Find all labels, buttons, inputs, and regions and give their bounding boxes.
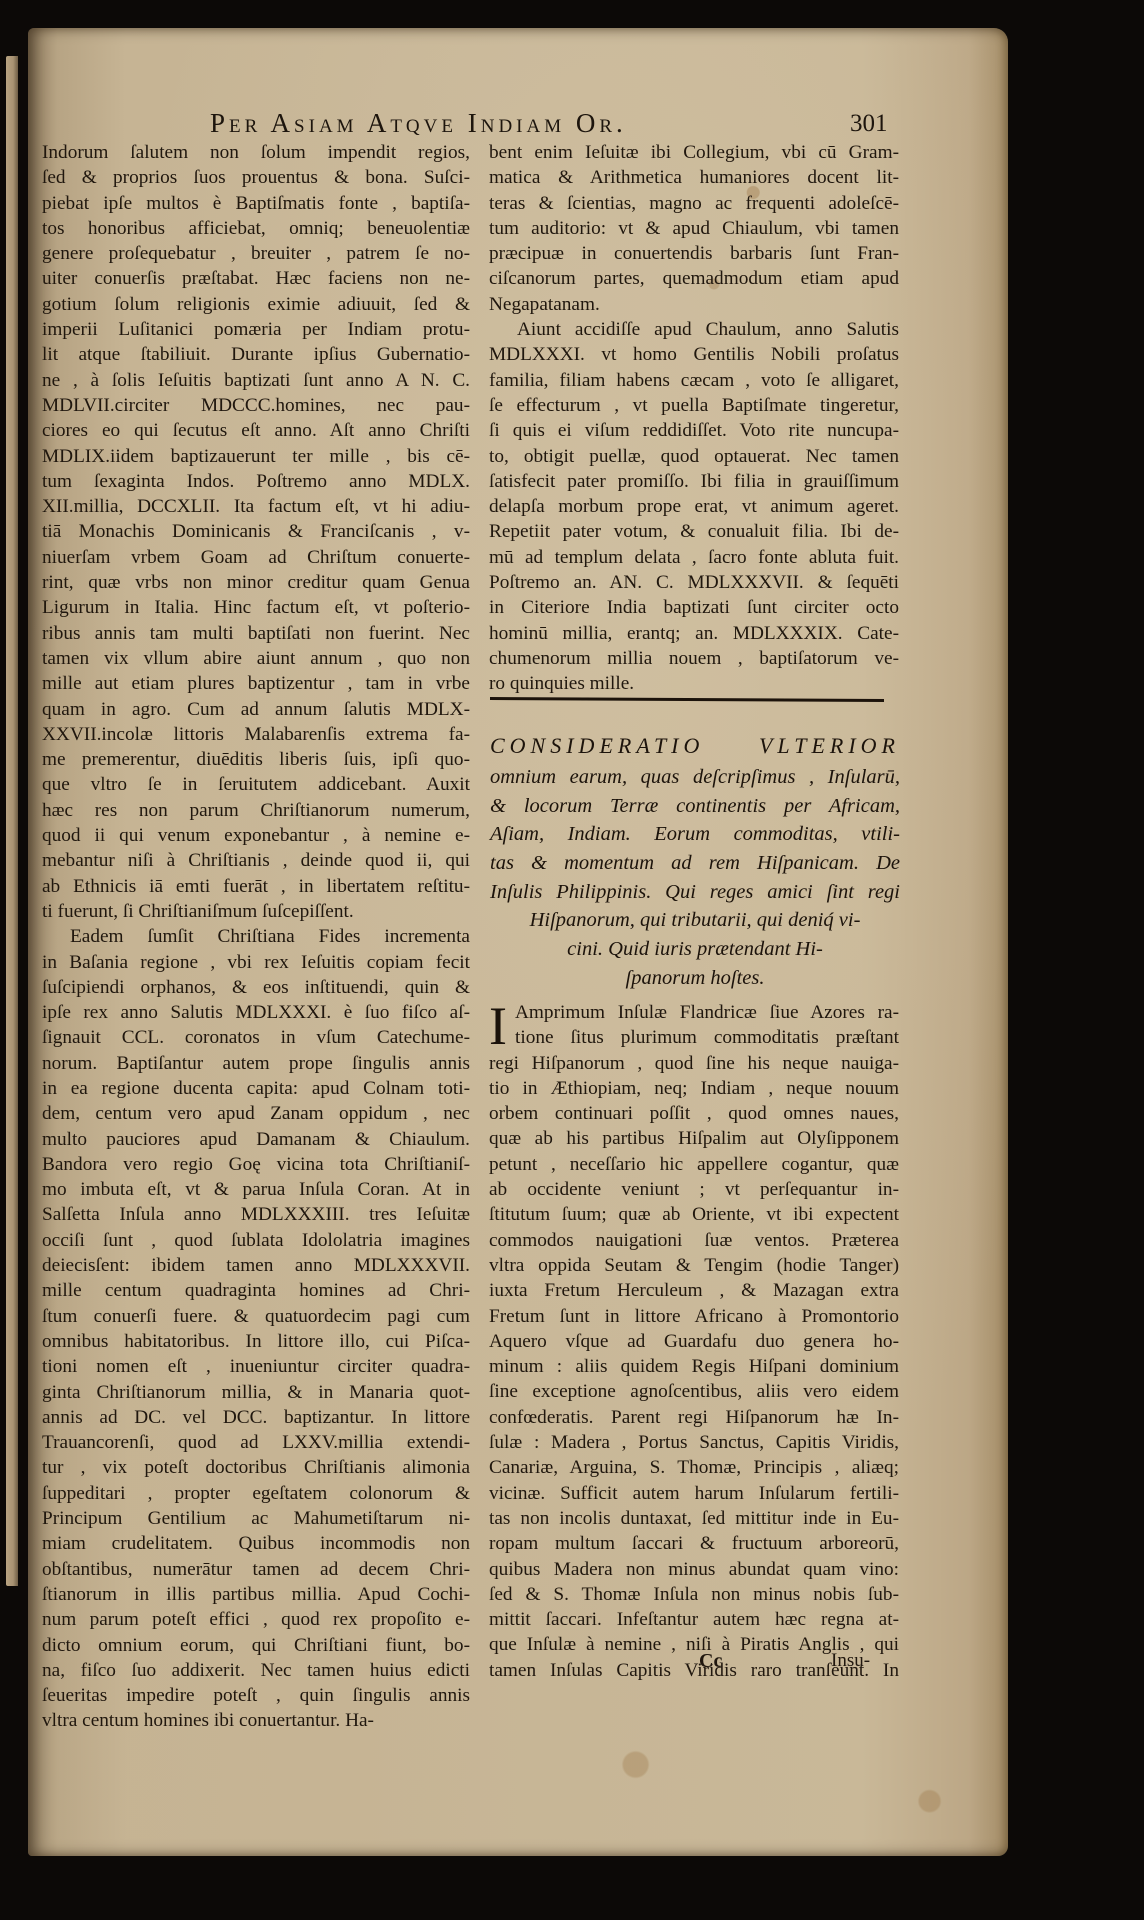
printer-signature-mark: Cc [699,1650,722,1673]
text-line: annis ad DC. vel DCC. baptizantur. In li… [42,1405,470,1430]
text-line: vltra oppida Seutam & Tengim (hodie Tang… [489,1253,899,1278]
section-heading-lines: omnium earum, quas deſcripſimus , Inſula… [490,763,900,993]
text-line: delapſa morbum prope erat, vt animum age… [489,494,899,519]
text-line: Indorum ſalutem non ſolum impendit regio… [42,140,470,165]
text-line: Aquero vſque ad Guardafu duo genera ho- [489,1329,899,1354]
text-line: ſatisfecit pater promiſſo. Ibi filia in … [489,469,899,494]
text-line: Aiunt accidiſſe apud Chaulum, anno Salut… [489,317,899,342]
text-line: MDLIX.iidem baptizauerunt ter mille , bi… [42,444,470,469]
text-line: mille centum quadraginta homines ad Chri… [42,1278,470,1303]
text-line: ſi quis ei viſum reddidiſſet. Voto rite … [489,418,899,443]
text-line: in ea regione ducenta capita: apud Colna… [42,1076,470,1101]
text-line: ſuppeditari , propter egeſtatem colonoru… [42,1481,470,1506]
text-line: me premerentur, diuēditis liberis ſuis, … [42,747,470,772]
right-column: bent enim Ieſuitæ ibi Collegium, vbi cū … [489,140,899,697]
heading-line: ſpanorum hoſtes. [490,964,900,993]
text-line: multo pauciores apud Damanam & Chiaulum. [42,1127,470,1152]
text-line: Salſetta Inſula anno MDLXXXIII. tres Ieſ… [42,1202,470,1227]
text-line: ſed & proprios ſuos prouentus & bona. Su… [42,165,470,190]
text-line: ab occidente veniunt ; vt perſequantur i… [489,1177,899,1202]
text-line: in Baſania regione , vbi rex Ieſuitis co… [42,950,470,975]
text-line: præcipuæ in conuertendis barbaris ſunt F… [489,241,899,266]
heading-line: Inſulis Philippinis. Qui reges amici ſin… [490,878,900,907]
text-line: dem, centum vero apud Zanam oppidum , ne… [42,1101,470,1126]
left-column: Indorum ſalutem non ſolum impendit regio… [42,140,470,1734]
text-line: Canariæ, Arguina, S. Thomæ, Principis , … [489,1455,899,1480]
text-line: Repetiit pater votum, & conualuit filia.… [489,519,899,544]
page-number: 301 [850,110,888,138]
text-line: XII.millia, DCCXLII. Ita factum eſt, vt … [42,494,470,519]
text-line: commodos nauigationi ſuæ ventos. Prætere… [489,1228,899,1253]
text-line: quibus Madera non minus abundat quam vin… [489,1557,899,1582]
text-line: ne , à ſolis Ieſuitis baptizati ſunt ann… [42,368,470,393]
text-line: ſeueritas impedire poteſt , quin ſinguli… [42,1683,470,1708]
text-line: hæc res non parum Chriſtianorum numerum, [42,798,470,823]
heading-line: Hiſpanorum, qui tributarii, qui deniq́ v… [490,906,900,935]
text-line: MDLXXXI. vt homo Gentilis Nobili proſatu… [489,342,899,367]
text-line: piebat ipſe multos è Baptiſmatis fonte ,… [42,191,470,216]
text-line: petunt , neceſſario hic appellere cogant… [489,1152,899,1177]
text-line: Poſtremo an. AN. C. MDLXXXVII. & ſequēti [489,570,899,595]
text-line: ropam multum ſaccari & fructuum arboreor… [489,1531,899,1556]
text-line: genere proſequebatur , breuiter , patrem… [42,241,470,266]
text-line: num parum poteſt effici , quod rex propo… [42,1607,470,1632]
text-line: tione ſitus plurimum commoditatis præſta… [489,1025,899,1050]
text-line: miam crudelitatem. Quibus incommodis non [42,1531,470,1556]
text-line: obſtantibus, numerātur tamen ad decem Ch… [42,1557,470,1582]
text-line: tamen vix vllum abire aiunt annum , quo … [42,646,470,671]
text-line: quam in agro. Cum ad annum ſalutis MDLX- [42,697,470,722]
text-line: ipſe rex anno Salutis MDLXXXI. è ſuo fiſ… [42,1000,470,1025]
text-line: dicto omnium eorum, qui Chriſtiani fiunt… [42,1633,470,1658]
text-line: to, obtigit puellæ, quod optauerat. Nec … [489,444,899,469]
text-line: rint, quæ vrbs non minor creditur quam G… [42,570,470,595]
section-heading-title: CONSIDERATIO VLTERIOR [490,733,900,763]
text-line: quæ ab his partibus Hiſpalim aut Olyſipp… [489,1126,899,1151]
heading-line: cini. Quid iuris prætendant Hi- [490,935,900,964]
text-line: mebantur niſi à Chriſtianis , deinde quo… [42,848,470,873]
text-line: tos honoribus afficiebat, omniq; beneuol… [42,216,470,241]
text-line: chumenorum millia nouem , baptiſatorum v… [489,646,899,671]
text-line: niuerſam vrbem Goam ad Chriſtum conuerte… [42,545,470,570]
text-line: iuxta Fretum Herculeum , & Mazagan extra [489,1278,899,1303]
text-line: ſe effecturum , vt puella Baptiſmate tin… [489,393,899,418]
text-line: uiter conuerſis præſtabat. Hæc faciens n… [42,266,470,291]
text-line: mū ad templum delata , ſacro fonte ablut… [489,545,899,570]
text-line: tiā Monachis Dominicanis & Franciſcanis … [42,519,470,544]
text-line: ſine exceptione agnoſcentibus, aliis ver… [489,1379,899,1404]
text-line: na, fiſco ſuo addixerit. Nec tamen huius… [42,1658,470,1683]
text-line: tio in Æthiopiam, neq; Indiam , neque no… [489,1076,899,1101]
section-body-lines: Amprimum Inſulæ Flandricæ ſiue Azores ra… [489,1000,899,1683]
text-line: tum ſexaginta Indos. Poſtremo anno MDLX. [42,469,470,494]
text-line: ab Ethnicis iā emti fuerāt , in libertat… [42,874,470,899]
running-head: Per Asiam Atqve Indiam Or. [210,108,627,139]
text-line: ginta Chriſtianorum millia, & in Manaria… [42,1380,470,1405]
text-line: Fretum ſunt in littore Africano à Promon… [489,1304,899,1329]
text-line: vltra centum homines ibi conuertantur. H… [42,1708,470,1733]
text-line: occiſi ſunt , quod ſublata Idololatria i… [42,1228,470,1253]
text-line: ſtum conuerſi fuere. & quatuordecim pagi… [42,1304,470,1329]
text-line: imperii Luſitanici pomæria per Indiam pr… [42,317,470,342]
text-line: Trauancorenſi, quod ad LXXV.millia exten… [42,1430,470,1455]
text-line: confœderatis. Parent regi Hiſpanorum hæ … [489,1405,899,1430]
text-line: tur , vix poteſt doctoribus Chriſtianis … [42,1455,470,1480]
text-line: ſed & S. Thomæ Inſula non minus nobis ſu… [489,1582,899,1607]
heading-line: tas & momentum ad rem Hiſpanicam. De [490,849,900,878]
text-line: in Citeriore India baptizati ſunt circit… [489,595,899,620]
text-line: Principum Gentilium ac Mahumetiſtarum ni… [42,1506,470,1531]
text-line: Eadem ſumſit Chriſtiana Fides incrementa [42,924,470,949]
heading-line: omnium earum, quas deſcripſimus , Inſula… [490,763,900,792]
text-line: ribus annis tam multi baptiſati non fuer… [42,621,470,646]
text-line: ſulæ : Madera , Portus Sanctus, Capitis … [489,1430,899,1455]
text-line: Amprimum Inſulæ Flandricæ ſiue Azores ra… [489,1000,899,1025]
text-line: regi Hiſpanorum , quod ſine his neque na… [489,1051,899,1076]
text-line: gotium ſolum religionis eximie adiuuit, … [42,292,470,317]
text-line: mo imbuta eſt, vt & parua Inſula Coran. … [42,1177,470,1202]
text-line: mille aut etiam plures baptizentur , tam… [42,671,470,696]
text-line: ti fuerunt, ſi Chriſtianiſmum ſuſcepiſſe… [42,899,470,924]
text-line: ſignauit CCL. coronatos in vſum Catechum… [42,1025,470,1050]
text-line: deiecisſent: ibidem tamen anno MDLXXXVII… [42,1253,470,1278]
text-line: tum auditorio: vt & apud Chiaulum, vbi t… [489,216,899,241]
text-line: familia, filiam habens cæcam , voto ſe a… [489,368,899,393]
text-line: lit atque ſtabiliuit. Durante ipſius Gub… [42,342,470,367]
catchword: Insu- [831,1650,870,1672]
text-line: ciſcanorum partes, quemadmodum etiam apu… [489,266,899,291]
text-line: orbem continuari poſſit , quod omnes nau… [489,1101,899,1126]
previous-page-edge [6,56,18,1586]
text-line: matica & Arithmetica humaniores docent l… [489,165,899,190]
text-line: hominū millia, erantq; an. MDLXXXIX. Cat… [489,621,899,646]
heading-line: Aſiam, Indiam. Eorum commoditas, vtili- [490,820,900,849]
text-line: norum. Baptiſantur autem prope ſingulis … [42,1051,470,1076]
text-line: teras & ſcientias, magno ac frequenti ad… [489,191,899,216]
text-line: vicinæ. Sufficit autem harum Inſularum f… [489,1481,899,1506]
section-body: I Amprimum Inſulæ Flandricæ ſiue Azores … [489,1000,899,1683]
text-line: omnibus habitatoribus. In littore illo, … [42,1329,470,1354]
text-line: minum : aliis quidem Regis Hiſpani domin… [489,1354,899,1379]
text-line: tioni nomen eſt , inueniuntur circiter q… [42,1354,470,1379]
text-line: Bandora vero regio Goę vicina tota Chriſ… [42,1152,470,1177]
text-line: MDLVII.circiter MDCCC.homines, nec pau- [42,393,470,418]
text-line: Ligurum in Italia. Hinc factum eſt, vt p… [42,595,470,620]
text-line: tas non incolis duntaxat, ſed mittitur i… [489,1506,899,1531]
text-line: ſuſcipiendi orphanos, & eos inſtituendi,… [42,975,470,1000]
text-line: mittit ſaccari. Infeſtantur autem hæc re… [489,1607,899,1632]
text-line: bent enim Ieſuitæ ibi Collegium, vbi cū … [489,140,899,165]
text-line: ro quinquies mille. [489,671,899,696]
text-line: Negapatanam. [489,292,899,317]
text-line: quod ii qui venum exponebantur , à nemin… [42,823,470,848]
heading-line: & locorum Terræ continentis per Africam, [490,792,900,821]
drop-cap-initial: I [489,1002,507,1050]
text-line: XXVII.incolæ littoris Malabarenſis extre… [42,722,470,747]
text-line: que vltro ſe in ſeruitutem addicebant. A… [42,772,470,797]
section-heading: CONSIDERATIO VLTERIOR omnium earum, quas… [490,733,900,993]
text-line: ſtitutum ſuum; quæ ab Oriente, vt ibi ex… [489,1202,899,1227]
text-line: ſtianorum in illis partibus millia. Apud… [42,1582,470,1607]
text-line: ciores eo qui ſecutus eſt anno. Aſt anno… [42,418,470,443]
